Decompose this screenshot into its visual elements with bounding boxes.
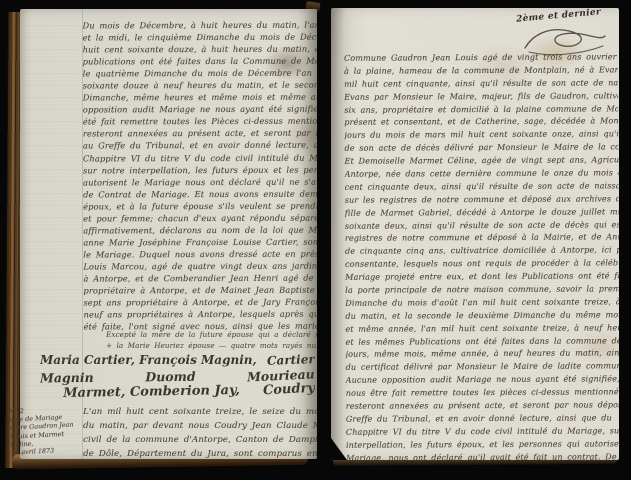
manuscript-line: le Mariage. Duquel nous avons dressé act… (83, 247, 317, 260)
next-act-opening-text: L'an mil huit cent soixante treize, le s… (83, 405, 317, 459)
manuscript-line: L'an mil huit cent soixante treize, le s… (83, 405, 317, 419)
manuscript-line: interpellation, les futurs époux, et les… (346, 437, 619, 451)
manuscript-line: neuf ans propriétaires à Antorpe, lesque… (83, 308, 317, 321)
manuscript-line: cent cinquante deux, ainsi qu'il résulte… (345, 179, 619, 193)
manuscript-line: anne Marie Joséphine Françoise Louise Ca… (83, 235, 317, 248)
left-page-text: Du mois de Décembre, à huit heures du ma… (82, 19, 317, 333)
manuscript-line: époux, et à la future épouse s'ils veule… (83, 199, 317, 212)
manuscript-line: resteront annexées au présent acte, et s… (83, 127, 317, 140)
signature-row: Maria Cartier, François Magnin, Cartier (40, 353, 315, 369)
manuscript-line: à la plaine, hameau de la commune de Mon… (344, 63, 618, 77)
manuscript-line: Louis Marcou, agé de quatre vingt deux a… (83, 260, 317, 273)
margin-annotation: N° 2acte de Mariageentre Gaudron JeanLou… (9, 404, 77, 457)
manuscript-line: sept ans propriétaire à Antorpe, et de J… (83, 296, 317, 309)
manuscript-line: affirmativement, déclarons au nom de la … (83, 223, 317, 236)
manuscript-line: Commune Gaudron Jean Louis agé de vingt … (344, 50, 618, 64)
manuscript-line: du matin, par devant nous Coudry Jean Cl… (83, 419, 317, 433)
right-page: 2ème et dernier Commune Gaudron Jean Lou… (331, 8, 619, 460)
manuscript-line: Du mois de Décembre, à huit heures du ma… (82, 19, 316, 32)
manuscript-line: Chappitre VI du titre V du code civil in… (83, 151, 317, 164)
manuscript-line: Evans par Monsieur le Maire, majeur, fil… (344, 89, 618, 103)
right-page-text: Commune Gaudron Jean Louis agé de vingt … (344, 50, 619, 460)
signature: Marmet, Comberion Jay, (63, 383, 240, 402)
manuscript-line: à Antorpe, et de Comberandier Jean Henri… (83, 272, 317, 285)
manuscript-line: sur notre interpellation, les futurs épo… (83, 163, 317, 176)
manuscript-line: et même année, l'an mil huit cent soixan… (345, 321, 619, 335)
left-page: Du mois de Décembre, à huit heures du ma… (20, 9, 317, 459)
signature: Maria Cartier, François Magnin, (40, 353, 257, 369)
signature: Magnin (40, 369, 94, 385)
manuscript-line: sur les registres de notre commune et dé… (345, 192, 619, 206)
manuscript-line: Greffe du Tribunal, et en avoir donné le… (346, 411, 619, 425)
manuscript-line: opposition audit Mariage ne nous ayant é… (83, 103, 317, 116)
manuscript-line: Antorpe, née dans cette dernière commune… (345, 166, 619, 180)
folio-annotation: 2ème et dernier (516, 8, 602, 25)
signature: Duomd (145, 368, 195, 384)
manuscript-line: Chappitre VI du titre V du code civil in… (346, 424, 619, 438)
manuscript-line: mil huit cent cinquante, ainsi qu'il rés… (344, 76, 618, 90)
attestation-note: Excepté la mère de la future épouse qui … (106, 330, 317, 351)
signatures-block: Maria Cartier, François Magnin, Cartier … (40, 353, 315, 400)
manuscript-line: soixante douze à neuf heures du matin, e… (83, 79, 317, 92)
manuscript-line: de Contrat de Mariage. Et nous avons ens… (83, 187, 317, 200)
manuscript-line: Dimanche du mois d'août l'an mil huit ce… (345, 295, 619, 309)
manuscript-line: du matin, et la seconde le deuxième Dima… (345, 308, 619, 322)
manuscript-line: le quatrième Dimanche du mois de Décembr… (83, 67, 317, 80)
manuscript-line: autorisent le Mariage nous ont déclaré q… (83, 175, 317, 188)
manuscript-line: et la midi, le cinquième Dimanche du moi… (82, 31, 316, 44)
manuscript-line: publications ont été faites dans la Comm… (83, 55, 317, 68)
manuscript-line: + la Marie Heuriez épouse — quatre mots … (106, 341, 317, 352)
manuscript-line: fille de Marmet Gabriel, décédé à Antorp… (345, 205, 619, 219)
manuscript-line: huit cent soixante douze, à huit heures … (83, 43, 317, 56)
manuscript-line: et pour femme; chacun d'eux ayant répond… (83, 211, 317, 224)
signature: Cartier (267, 353, 315, 369)
manuscript-line: été fait remettre toutes les Pièces ci-d… (83, 115, 317, 128)
manuscript-line: Excepté la mère de la future épouse qui … (106, 330, 317, 341)
manuscript-line: Dimanche, même heures et même mois et mê… (83, 91, 317, 104)
manuscript-line: de Dôle, Département du Jura, sont compa… (83, 447, 317, 459)
page-corner-shadow (331, 438, 347, 460)
scanned-register-spread: Du mois de Décembre, à huit heures du ma… (0, 0, 631, 480)
signature: Coudry (263, 382, 315, 399)
manuscript-line: Mariage, nous ont déclaré qu'il avait ét… (346, 450, 619, 460)
manuscript-line: au Greffe du Tribunal, et en avoir donné… (83, 139, 317, 152)
manuscript-line: propriétaire à Antorpe, et de Mainet Jea… (83, 284, 317, 297)
manuscript-line: civil de la commune d'Antorpe, Canton de… (83, 433, 317, 447)
